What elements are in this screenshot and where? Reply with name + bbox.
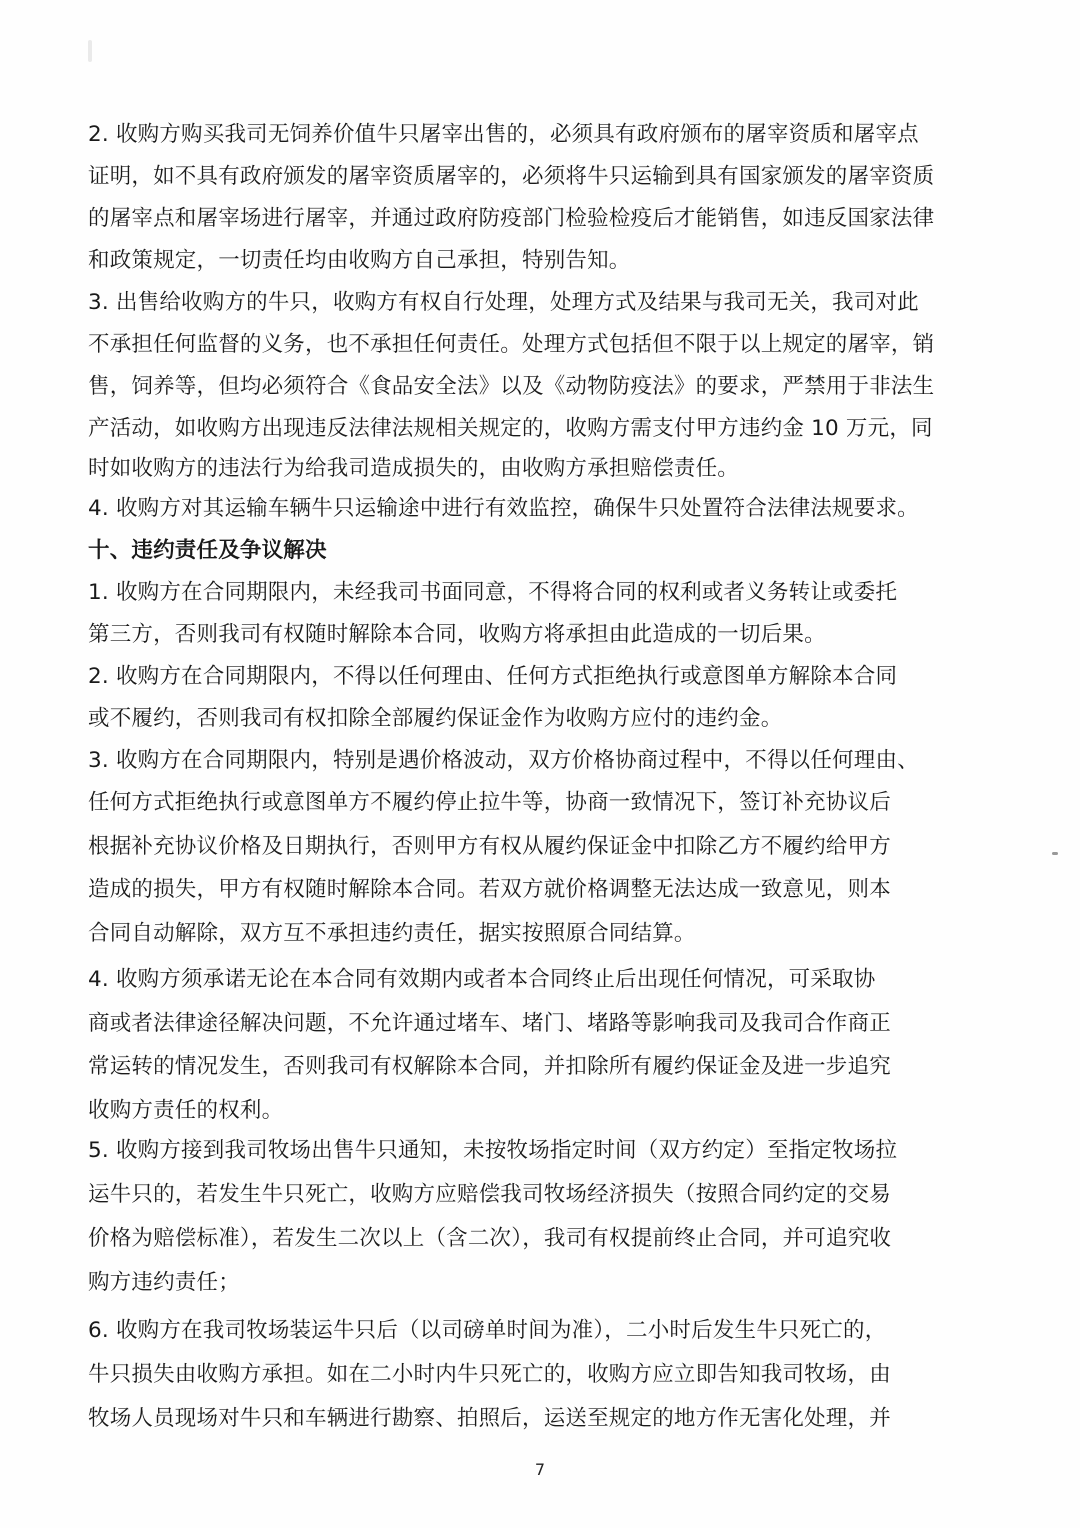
page-number: 7 xyxy=(0,1460,1080,1479)
section-heading: 十、违约责任及争议解决 xyxy=(88,537,900,565)
text-line: 产活动，如收购方出现违反法律法规相关规定的，收购方需支付甲方违约金 10 万元，… xyxy=(88,415,900,443)
text-line: 和政策规定，一切责任均由收购方自己承担，特别告知。 xyxy=(88,247,900,275)
text-line: 3. 出售给收购方的牛只，收购方有权自行处理，处理方式及结果与我司无关，我司对此 xyxy=(88,289,900,317)
text-line: 的屠宰点和屠宰场进行屠宰，并通过政府防疫部门检验检疫后才能销售，如违反国家法律 xyxy=(88,205,900,233)
text-line: 任何方式拒绝执行或意图单方不履约停止拉牛等，协商一致情况下，签订补充协议后 xyxy=(88,789,900,817)
text-line: 常运转的情况发生，否则我司有权解除本合同，并扣除所有履约保证金及进一步追究 xyxy=(88,1053,900,1081)
text-line: 根据补充协议价格及日期执行，否则甲方有权从履约保证金中扣除乙方不履约给甲方 xyxy=(88,833,900,861)
text-line: 购方违约责任； xyxy=(88,1269,900,1297)
text-line: 收购方责任的权利。 xyxy=(88,1097,900,1125)
text-line: 4. 收购方对其运输车辆牛只运输途中进行有效监控，确保牛只处置符合法律法规要求。 xyxy=(88,495,900,523)
text-line: 售，饲养等，但均必须符合《食品安全法》以及《动物防疫法》的要求，严禁用于非法生 xyxy=(88,373,900,401)
text-line: 不承担任何监督的义务，也不承担任何责任。处理方式包括但不限于以上规定的屠宰，销 xyxy=(88,331,900,359)
scan-mark xyxy=(88,40,92,62)
text-line: 牛只损失由收购方承担。如在二小时内牛只死亡的，收购方应立即告知我司牧场，由 xyxy=(88,1361,900,1389)
text-line: 证明，如不具有政府颁发的屠宰资质屠宰的，必须将牛只运输到具有国家颁发的屠宰资质 xyxy=(88,163,900,191)
text-line: 1. 收购方在合同期限内，未经我司书面同意，不得将合同的权利或者义务转让或委托 xyxy=(88,579,900,607)
text-line: 第三方，否则我司有权随时解除本合同，收购方将承担由此造成的一切后果。 xyxy=(88,621,900,649)
text-line: 运牛只的，若发生牛只死亡，收购方应赔偿我司牧场经济损失（按照合同约定的交易 xyxy=(88,1181,900,1209)
text-line: 或不履约，否则我司有权扣除全部履约保证金作为收购方应付的违约金。 xyxy=(88,705,900,733)
text-line: 牧场人员现场对牛只和车辆进行勘察、拍照后，运送至规定的地方作无害化处理，并 xyxy=(88,1405,900,1433)
text-line: 2. 收购方在合同期限内，不得以任何理由、任何方式拒绝执行或意图单方解除本合同 xyxy=(88,663,900,691)
text-line: 3. 收购方在合同期限内，特别是遇价格波动，双方价格协商过程中，不得以任何理由、 xyxy=(88,747,900,775)
document-page: 2. 收购方购买我司无饲养价值牛只屠宰出售的，必须具有政府颁布的屠宰资质和屠宰点… xyxy=(0,0,1080,1528)
text-line: 6. 收购方在我司牧场装运牛只后（以司磅单时间为准），二小时后发生牛只死亡的， xyxy=(88,1317,900,1345)
text-line: 时如收购方的违法行为给我司造成损失的，由收购方承担赔偿责任。 xyxy=(88,455,900,483)
scan-mark xyxy=(1052,852,1058,855)
text-line: 价格为赔偿标准），若发生二次以上（含二次），我司有权提前终止合同，并可追究收 xyxy=(88,1225,900,1253)
text-line: 合同自动解除，双方互不承担违约责任，据实按照原合同结算。 xyxy=(88,920,900,948)
text-line: 造成的损失，甲方有权随时解除本合同。若双方就价格调整无法达成一致意见，则本 xyxy=(88,876,900,904)
text-line: 5. 收购方接到我司牧场出售牛只通知，未按牧场指定时间（双方约定）至指定牧场拉 xyxy=(88,1137,900,1165)
text-line: 4. 收购方须承诺无论在本合同有效期内或者本合同终止后出现任何情况，可采取协 xyxy=(88,966,900,994)
text-line: 2. 收购方购买我司无饲养价值牛只屠宰出售的，必须具有政府颁布的屠宰资质和屠宰点 xyxy=(88,121,900,149)
text-line: 商或者法律途径解决问题，不允许通过堵车、堵门、堵路等影响我司及我司合作商正 xyxy=(88,1010,900,1038)
